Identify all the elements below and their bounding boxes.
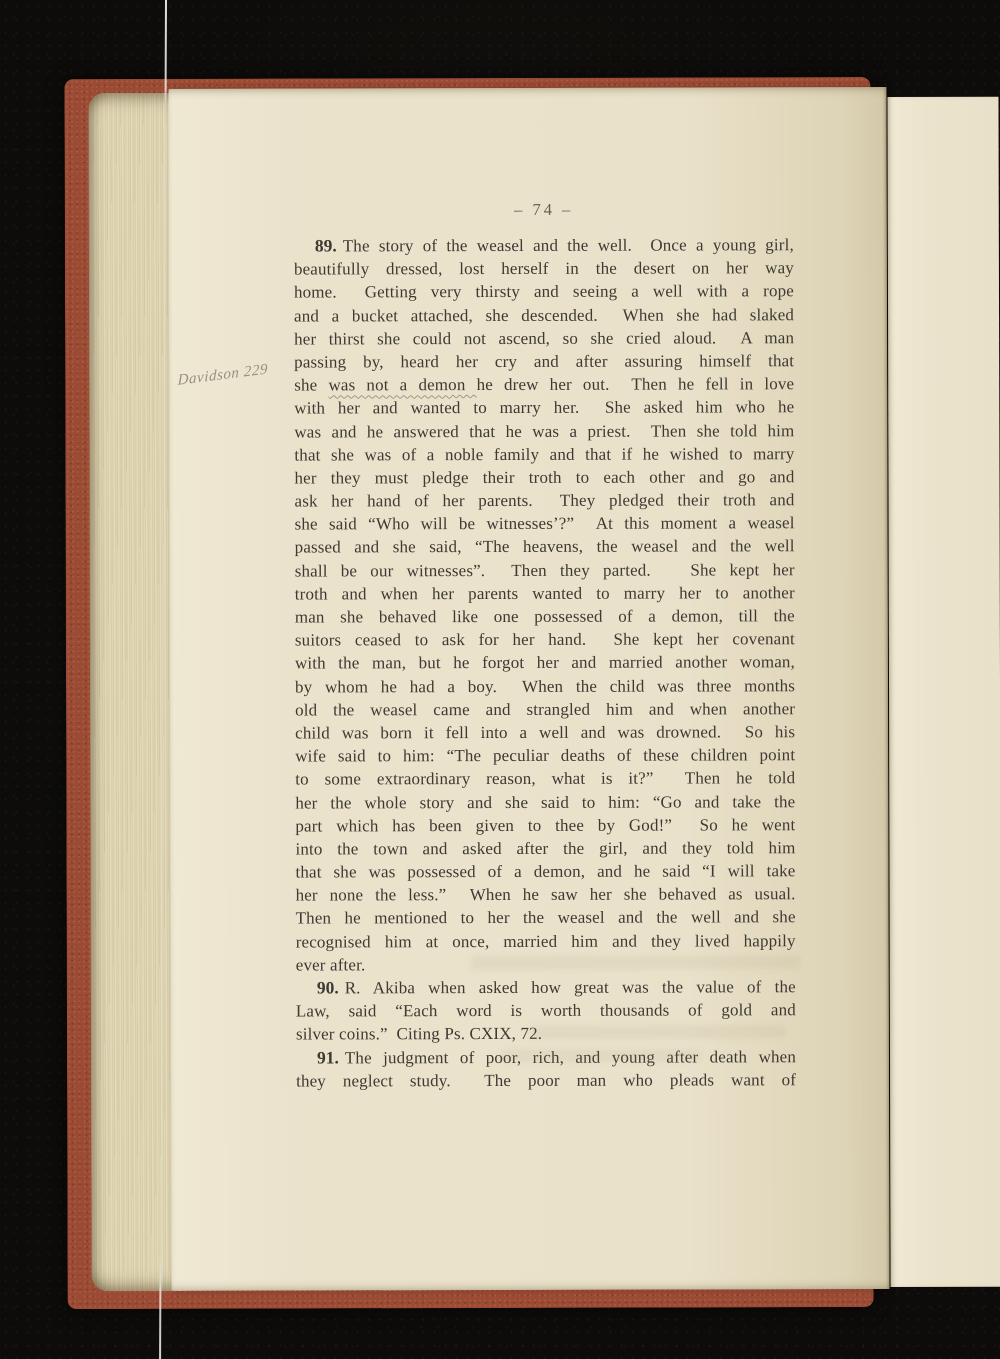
- line-text: by whom he had a boy. When the child was…: [295, 676, 795, 696]
- text-line: her none the less.” When he saw her she …: [296, 882, 796, 906]
- text-line: child was born it fell into a well and w…: [295, 720, 795, 744]
- line-text: he drew her out. Then he fell in love: [477, 374, 795, 394]
- line-text: suitors ceased to ask for her hand. She …: [295, 629, 795, 649]
- text-line: was and he answered that he was a priest…: [294, 419, 794, 443]
- line-text: R. Akiba when asked how great was the va…: [345, 977, 796, 997]
- paragraph-number: 91.: [317, 1047, 339, 1067]
- line-text: old the weasel came and strangled him an…: [295, 699, 795, 719]
- text-line: they neglect study. The poor man who ple…: [296, 1068, 796, 1092]
- text-line: she said “Who will be witnesses’?” At th…: [295, 511, 795, 535]
- line-text: recognised him at once, married him and …: [296, 931, 796, 951]
- text-line: 89.The story of the weasel and the well.…: [294, 233, 794, 257]
- line-text: wife said to him: “The peculiar deaths o…: [295, 745, 795, 765]
- line-text: child was born it fell into a well and w…: [295, 722, 795, 742]
- text-line: Law, said “Each word is worth thousands …: [296, 998, 796, 1022]
- line-text: with the man, but he forgot her and marr…: [295, 653, 795, 673]
- line-text: ever after.: [296, 955, 366, 974]
- line-text: shall be our witnesses”. Then they parte…: [295, 560, 795, 580]
- text-line: passed and she said, “The heavens, the w…: [295, 535, 795, 559]
- text-line: to some extraordinary reason, what is it…: [295, 767, 795, 791]
- line-text: to some extraordinary reason, what is it…: [295, 769, 795, 789]
- paragraph: 89.The story of the weasel and the well.…: [294, 233, 796, 976]
- line-text: her they must pledge their troth to each…: [294, 467, 794, 487]
- text-line: her they must pledge their troth to each…: [294, 465, 794, 489]
- text-line: into the town and asked after the girl, …: [295, 836, 795, 860]
- line-text: passed and she said, “The heavens, the w…: [295, 537, 795, 557]
- line-text: her the whole story and she said to him:…: [295, 792, 795, 812]
- text-line: beautifully dressed, lost herself in the…: [294, 256, 794, 280]
- text-line: 90.R. Akiba when asked how great was the…: [296, 975, 796, 999]
- line-text: The judgment of poor, rich, and young af…: [345, 1047, 796, 1067]
- text-line: 91.The judgment of poor, rich, and young…: [296, 1045, 796, 1069]
- facing-page-edge: [887, 97, 1000, 1287]
- book-page: – 74 – Davidson 229 89.The story of the …: [168, 87, 889, 1291]
- text-line: part which has been given to thee by God…: [295, 813, 795, 837]
- line-text: with her and wanted to marry her. She as…: [294, 398, 794, 418]
- page-number: – 74 –: [294, 199, 794, 220]
- text-block: 89.The story of the weasel and the well.…: [294, 233, 796, 1092]
- text-line: her the whole story and she said to him:…: [295, 790, 795, 814]
- text-line: that she was possessed of a demon, and h…: [295, 859, 795, 883]
- text-line: man she behaved like one possessed of a …: [295, 604, 795, 628]
- underlined-phrase: was not a demon: [328, 375, 476, 394]
- text-line: troth and when her parents wanted to mar…: [295, 581, 795, 605]
- paragraph: 91.The judgment of poor, rich, and young…: [296, 1045, 796, 1093]
- text-line: that she was of a noble family and that …: [294, 442, 794, 466]
- text-line: by whom he had a boy. When the child was…: [295, 674, 795, 698]
- text-line: suitors ceased to ask for her hand. She …: [295, 627, 795, 651]
- paragraph: 90.R. Akiba when asked how great was the…: [296, 975, 796, 1046]
- text-line: home. Getting very thirsty and seeing a …: [294, 280, 794, 304]
- line-text: man she behaved like one possessed of a …: [295, 606, 795, 626]
- text-line: wife said to him: “The peculiar deaths o…: [295, 743, 795, 767]
- text-line: recognised him at once, married him and …: [296, 929, 796, 953]
- line-text: passing by, heard her cry and after assu…: [294, 351, 794, 371]
- text-line: ask her hand of her parents. They pledge…: [295, 488, 795, 512]
- line-text: Then he mentioned to her the weasel and …: [296, 908, 796, 928]
- text-line: ever after.: [296, 952, 796, 976]
- text-line: and a bucket attached, she descended. Wh…: [294, 303, 794, 327]
- line-text: into the town and asked after the girl, …: [295, 838, 795, 858]
- text-line: shall be our witnesses”. Then they parte…: [295, 558, 795, 582]
- line-text: home. Getting very thirsty and seeing a …: [294, 282, 794, 302]
- line-text: her thirst she could not ascend, so she …: [294, 328, 794, 348]
- text-line: with the man, but he forgot her and marr…: [295, 651, 795, 675]
- text-line: her thirst she could not ascend, so she …: [294, 326, 794, 350]
- paragraph-number: 90.: [317, 977, 339, 997]
- line-text: beautifully dressed, lost herself in the…: [294, 258, 794, 278]
- text-line: old the weasel came and strangled him an…: [295, 697, 795, 721]
- line-text: troth and when her parents wanted to mar…: [295, 583, 795, 603]
- line-text: silver coins.” Citing Ps. CXIX, 72.: [296, 1024, 542, 1044]
- line-text: and a bucket attached, she descended. Wh…: [294, 305, 794, 325]
- book: – 74 – Davidson 229 89.The story of the …: [0, 0, 1000, 1359]
- line-text: she: [294, 376, 328, 395]
- line-text: Law, said “Each word is worth thousands …: [296, 1000, 796, 1020]
- handwritten-marginal-note: Davidson 229: [178, 357, 307, 390]
- text-line: passing by, heard her cry and after assu…: [294, 349, 794, 373]
- line-text: her none the less.” When he saw her she …: [296, 884, 796, 904]
- line-text: that she was possessed of a demon, and h…: [295, 861, 795, 881]
- line-text: was and he answered that he was a priest…: [294, 421, 794, 441]
- line-text: ask her hand of her parents. They pledge…: [295, 490, 795, 510]
- line-text: part which has been given to thee by God…: [295, 815, 795, 835]
- text-line: with her and wanted to marry her. She as…: [294, 396, 794, 420]
- paragraph-number: 89.: [315, 235, 337, 255]
- line-text: they neglect study. The poor man who ple…: [296, 1070, 796, 1090]
- line-text: she said “Who will be witnesses’?” At th…: [295, 513, 795, 533]
- line-text: that she was of a noble family and that …: [294, 444, 794, 464]
- text-line: she was not a demon he drew her out. The…: [294, 372, 794, 396]
- text-line: Then he mentioned to her the weasel and …: [296, 906, 796, 930]
- text-line: silver coins.” Citing Ps. CXIX, 72.: [296, 1022, 796, 1046]
- line-text: The story of the weasel and the well. On…: [343, 235, 794, 255]
